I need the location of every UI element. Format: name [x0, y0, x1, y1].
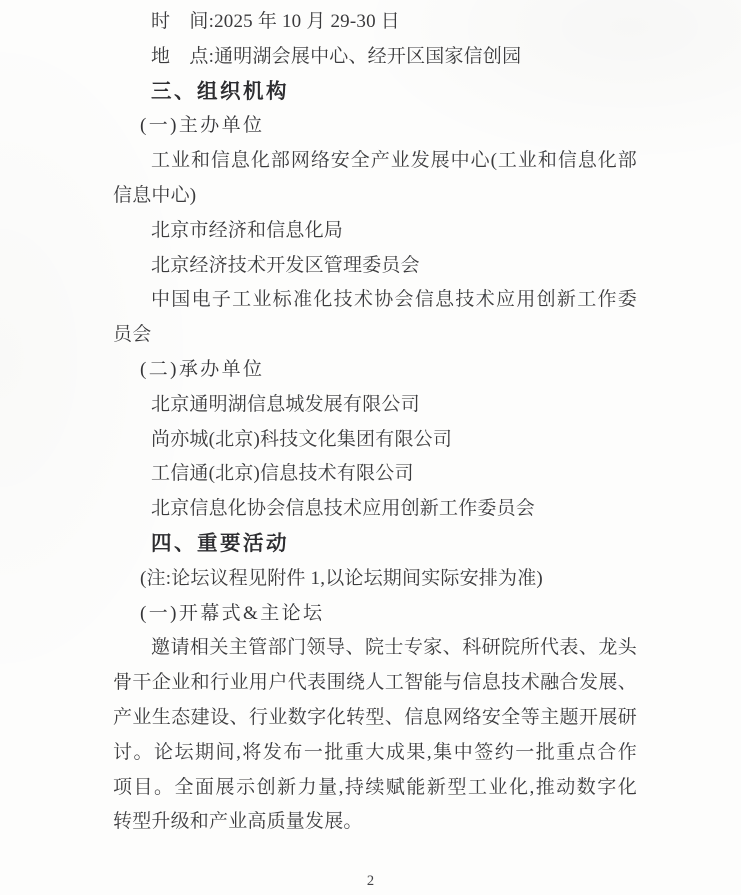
- heading-key-activities: 四、重要活动: [113, 527, 637, 562]
- line-agenda-note: (注:论坛议程见附件 1,以论坛期间实际安排为准): [113, 562, 637, 597]
- document-page: 时 间:2025 年 10 月 29-30 日 地 点:通明湖会展中心、经开区国…: [0, 0, 741, 895]
- line-organizer-3: 工信通(北京)信息技术有限公司: [113, 457, 637, 492]
- subheading-host-units: (一)主办单位: [113, 109, 637, 144]
- line-organizer-4: 北京信息化协会信息技术应用创新工作委员会: [113, 492, 637, 527]
- line-paragraph-3: 产业生态建设、行业数字化转型、信息网络安全等主题开展研: [113, 701, 637, 736]
- page-number: 2: [0, 873, 741, 889]
- line-host-org-2: 北京市经济和信息化局: [113, 214, 637, 249]
- subheading-organizer-units: (二)承办单位: [113, 353, 637, 388]
- line-organizer-1: 北京通明湖信息城发展有限公司: [113, 388, 637, 423]
- line-host-org-1: 工业和信息化部网络安全产业发展中心(工业和信息化部: [113, 144, 637, 179]
- subheading-opening-main-forum: (一)开幕式&主论坛: [113, 597, 637, 632]
- line-time: 时 间:2025 年 10 月 29-30 日: [113, 5, 637, 40]
- line-paragraph-2: 骨干企业和行业用户代表围绕人工智能与信息技术融合发展、: [113, 666, 637, 701]
- line-paragraph-6: 转型升级和产业高质量发展。: [113, 805, 637, 840]
- line-paragraph-5: 项目。全面展示创新力量,持续赋能新型工业化,推动数字化: [113, 771, 637, 806]
- line-host-org-4: 中国电子工业标准化技术协会信息技术应用创新工作委: [113, 283, 637, 318]
- line-organizer-2: 尚亦城(北京)科技文化集团有限公司: [113, 423, 637, 458]
- heading-organization: 三、组织机构: [113, 75, 637, 110]
- line-host-org-1-cont: 信息中心): [113, 179, 637, 214]
- line-paragraph-4: 讨。论坛期间,将发布一批重大成果,集中签约一批重点合作: [113, 736, 637, 771]
- line-host-org-3: 北京经济技术开发区管理委员会: [113, 249, 637, 284]
- document-body: 时 间:2025 年 10 月 29-30 日 地 点:通明湖会展中心、经开区国…: [113, 5, 637, 840]
- line-paragraph-1: 邀请相关主管部门领导、院士专家、科研院所代表、龙头: [113, 631, 637, 666]
- line-host-org-4-cont: 员会: [113, 318, 637, 353]
- line-location: 地 点:通明湖会展中心、经开区国家信创园: [113, 40, 637, 75]
